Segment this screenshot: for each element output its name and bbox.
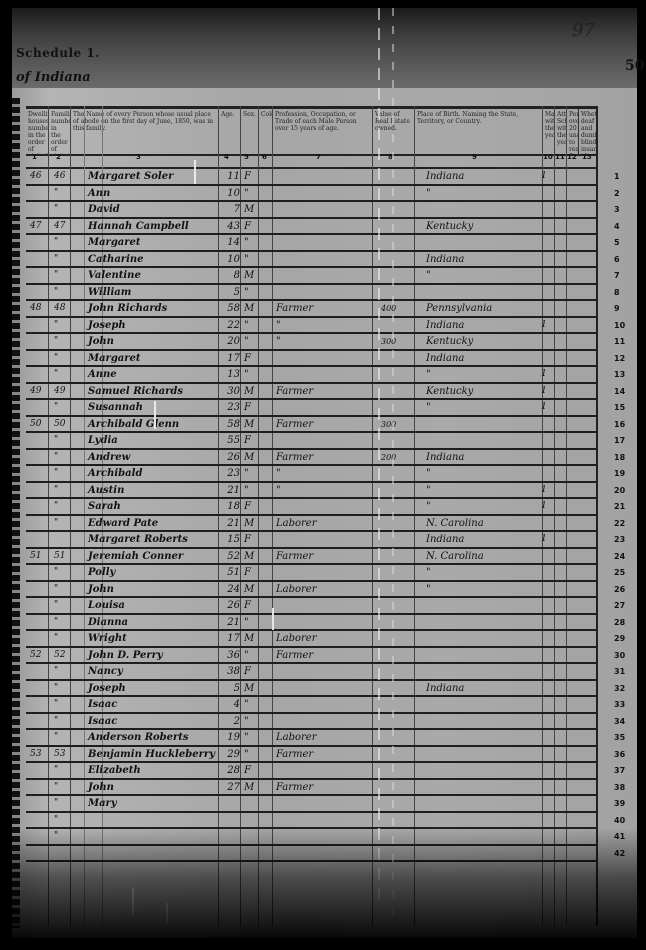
birthplace-value <box>426 598 536 613</box>
age-value: 43 <box>222 219 240 234</box>
tally-mark <box>541 714 561 729</box>
occupation-value <box>276 532 356 547</box>
tally-mark <box>541 235 561 250</box>
occupation-value <box>276 186 356 201</box>
tally-mark <box>541 697 561 712</box>
family-number: " <box>54 697 74 712</box>
tally-mark: 1 <box>541 367 561 382</box>
dwelling-number <box>30 268 50 283</box>
age-value: 55 <box>222 433 240 448</box>
family-number: " <box>54 664 74 679</box>
age-value: 58 <box>222 301 240 316</box>
age-value: 17 <box>222 351 240 366</box>
tally-mark <box>541 466 561 481</box>
sex-value: " <box>244 615 260 630</box>
tally-mark <box>541 730 561 745</box>
sex-value: " <box>244 697 260 712</box>
tally-mark: 1 <box>541 318 561 333</box>
age-value: 19 <box>222 730 240 745</box>
header-married: Married within the year. <box>542 109 554 154</box>
dwelling-number <box>30 796 50 811</box>
sex-value: F <box>244 598 260 613</box>
occupation-value: Laborer <box>276 516 356 531</box>
colnum-4: 4 <box>224 153 229 161</box>
family-number: " <box>54 582 74 597</box>
table-row: 5353Benjamin Huckleberry29"Farmer36 <box>26 747 596 764</box>
table-row: "Anderson Roberts19"Laborer35 <box>26 730 596 747</box>
occupation-value <box>276 565 356 580</box>
line-number: 27 <box>614 601 625 610</box>
family-number <box>54 846 74 861</box>
family-number: " <box>54 499 74 514</box>
sex-value: F <box>244 532 260 547</box>
dwelling-number <box>30 186 50 201</box>
table-row: "Archibald23"""19 <box>26 466 596 483</box>
occupation-value <box>276 829 356 844</box>
sex-value: " <box>244 367 260 382</box>
birthplace-value: Kentucky <box>426 219 536 234</box>
person-name: Sarah <box>88 499 220 514</box>
line-number: 32 <box>614 684 625 693</box>
occupation-value <box>276 169 356 184</box>
table-row: "Joseph5MIndiana32 <box>26 681 596 698</box>
person-name <box>88 846 220 861</box>
person-name: Wright <box>88 631 220 646</box>
sex-value: M <box>244 450 260 465</box>
line-number: 17 <box>614 436 625 445</box>
sex-value: M <box>244 202 260 217</box>
age-value: 51 <box>222 565 240 580</box>
table-row: "Joseph22""Indiana110 <box>26 318 596 335</box>
line-number: 40 <box>614 816 625 825</box>
table-row: 5151Jeremiah Conner52MFarmerN. Carolina2… <box>26 549 596 566</box>
family-number: " <box>54 796 74 811</box>
age-value: 21 <box>222 483 240 498</box>
occupation-value <box>276 235 356 250</box>
age-value <box>222 796 240 811</box>
family-number: " <box>54 615 74 630</box>
person-name: David <box>88 202 220 217</box>
sex-value: " <box>244 466 260 481</box>
birthplace-value <box>426 648 536 663</box>
colnum-1: 1 <box>32 153 37 161</box>
dwelling-number: 49 <box>30 384 50 399</box>
table-row: "Lydia55F17 <box>26 433 596 450</box>
line-number: 7 <box>614 271 620 280</box>
occupation-value: " <box>276 318 356 333</box>
occupation-value <box>276 351 356 366</box>
sex-value <box>244 796 260 811</box>
sex-value: F <box>244 565 260 580</box>
header-family: Families numbered in the order of visita… <box>48 109 70 154</box>
occupation-value <box>276 400 356 415</box>
sex-value: " <box>244 285 260 300</box>
dwelling-number <box>30 450 50 465</box>
table-row: "Austin21"""120 <box>26 483 596 500</box>
dwelling-number <box>30 351 50 366</box>
dwelling-number <box>30 730 50 745</box>
dwelling-number <box>30 532 50 547</box>
family-number: 47 <box>54 219 74 234</box>
person-name: Margaret <box>88 235 220 250</box>
birthplace-value <box>426 846 536 861</box>
family-number: 51 <box>54 549 74 564</box>
dwelling-number: 50 <box>30 417 50 432</box>
header-school: Attended School within the year. <box>554 109 566 154</box>
person-name: Margaret Roberts <box>88 532 220 547</box>
line-number: 33 <box>614 700 625 709</box>
sex-value: M <box>244 780 260 795</box>
age-value: 7 <box>222 202 240 217</box>
tally-mark <box>541 516 561 531</box>
birthplace-value: Indiana <box>426 681 536 696</box>
age-value: 11 <box>222 169 240 184</box>
tally-mark <box>541 285 561 300</box>
sex-value: M <box>244 417 260 432</box>
person-name: Louisa <box>88 598 220 613</box>
line-number: 25 <box>614 568 625 577</box>
table-row: 5252John D. Perry36"Farmer30 <box>26 648 596 665</box>
person-name: John D. Perry <box>88 648 220 663</box>
age-value: 58 <box>222 417 240 432</box>
scan-artifact <box>154 401 156 429</box>
sex-value: F <box>244 400 260 415</box>
table-row: "Sarah18F"121 <box>26 499 596 516</box>
line-number: 18 <box>614 453 625 462</box>
tally-mark: 1 <box>541 169 561 184</box>
table-row: "John24MLaborer"26 <box>26 582 596 599</box>
line-number: 26 <box>614 585 625 594</box>
dwelling-number <box>30 763 50 778</box>
sex-value <box>244 846 260 861</box>
tally-mark <box>541 664 561 679</box>
birthplace-value <box>426 730 536 745</box>
birthplace-value: " <box>426 499 536 514</box>
person-name: Benjamin Huckleberry <box>88 747 220 762</box>
birthplace-value <box>426 235 536 250</box>
dwelling-number <box>30 714 50 729</box>
family-number: " <box>54 235 74 250</box>
occupation-value <box>276 499 356 514</box>
line-number: 31 <box>614 667 625 676</box>
family-number <box>54 532 74 547</box>
age-value: 26 <box>222 450 240 465</box>
family-number: " <box>54 681 74 696</box>
header-color: Color. <box>258 109 272 154</box>
page-number: 50 <box>625 58 644 74</box>
person-name: Polly <box>88 565 220 580</box>
occupation-value <box>276 433 356 448</box>
colnum-3: 3 <box>136 153 141 161</box>
line-number: 16 <box>614 420 625 429</box>
family-number: " <box>54 433 74 448</box>
birthplace-value: Indiana <box>426 532 536 547</box>
line-number: 30 <box>614 651 625 660</box>
line-number: 28 <box>614 618 625 627</box>
person-name: Joseph <box>88 681 220 696</box>
line-number: 42 <box>614 849 625 858</box>
sex-value: F <box>244 763 260 778</box>
birthplace-value: Indiana <box>426 169 536 184</box>
colnum-10: 10 <box>543 153 553 161</box>
tally-mark <box>541 796 561 811</box>
tally-mark <box>541 202 561 217</box>
family-number: " <box>54 780 74 795</box>
colnum-13: 13 <box>582 153 592 161</box>
table-row: "Isaac2"34 <box>26 714 596 731</box>
tally-mark <box>541 648 561 663</box>
table-row: 5050Archibald Glenn58MFarmer30016 <box>26 417 596 434</box>
header-sex: Sex. <box>240 109 258 154</box>
family-number: 48 <box>54 301 74 316</box>
table-row: "Dianna21"28 <box>26 615 596 632</box>
table-row: "Ann10""2 <box>26 186 596 203</box>
tally-mark <box>541 615 561 630</box>
dwelling-number <box>30 466 50 481</box>
table-row: "Margaret17FIndiana12 <box>26 351 596 368</box>
table-row: "Valentine8M"7 <box>26 268 596 285</box>
scan-artifact <box>378 8 380 908</box>
table-row: "Edward Pate21MLaborerN. Carolina22 <box>26 516 596 533</box>
sex-value: " <box>244 747 260 762</box>
line-number: 34 <box>614 717 625 726</box>
occupation-value <box>276 846 356 861</box>
occupation-value: " <box>276 466 356 481</box>
tally-mark: 1 <box>541 483 561 498</box>
occupation-value <box>276 763 356 778</box>
birthplace-value: N. Carolina <box>426 549 536 564</box>
occupation-value: Laborer <box>276 631 356 646</box>
family-number: 50 <box>54 417 74 432</box>
family-number: " <box>54 252 74 267</box>
line-number: 22 <box>614 519 625 528</box>
sex-value: " <box>244 235 260 250</box>
real-estate-value <box>381 829 406 844</box>
family-number: " <box>54 763 74 778</box>
person-name: Jeremiah Conner <box>88 549 220 564</box>
dwelling-number <box>30 367 50 382</box>
occupation-value <box>276 681 356 696</box>
family-number: " <box>54 565 74 580</box>
dwelling-number <box>30 598 50 613</box>
scan-artifact <box>132 888 134 914</box>
age-value: 30 <box>222 384 240 399</box>
line-number: 4 <box>614 222 620 231</box>
birthplace-value: Kentucky <box>426 384 536 399</box>
line-number: 13 <box>614 370 625 379</box>
birthplace-value: " <box>426 483 536 498</box>
dwelling-number <box>30 400 50 415</box>
person-name: Archibald <box>88 466 220 481</box>
line-number: 37 <box>614 766 625 775</box>
birthplace-value <box>426 796 536 811</box>
dwelling-number <box>30 780 50 795</box>
table-row: "Polly51F"25 <box>26 565 596 582</box>
birthplace-value: " <box>426 582 536 597</box>
line-number: 1 <box>614 172 620 181</box>
occupation-value: Farmer <box>276 549 356 564</box>
occupation-value: Farmer <box>276 384 356 399</box>
birthplace-value: " <box>426 466 536 481</box>
age-value: 21 <box>222 516 240 531</box>
age-value: 5 <box>222 285 240 300</box>
family-number: " <box>54 202 74 217</box>
tally-mark <box>541 813 561 828</box>
tally-mark: 1 <box>541 384 561 399</box>
colnum-6: 6 <box>262 153 267 161</box>
person-name: John <box>88 334 220 349</box>
birthplace-value: N. Carolina <box>426 516 536 531</box>
birthplace-value <box>426 763 536 778</box>
dwelling-number <box>30 681 50 696</box>
tally-mark <box>541 334 561 349</box>
line-number: 6 <box>614 255 620 264</box>
age-value: 13 <box>222 367 240 382</box>
sex-value: " <box>244 483 260 498</box>
age-value: 24 <box>222 582 240 597</box>
sex-value: F <box>244 664 260 679</box>
birthplace-value <box>426 202 536 217</box>
occupation-value: Farmer <box>276 417 356 432</box>
table-row: Margaret Roberts15FIndiana123 <box>26 532 596 549</box>
line-number: 10 <box>614 321 625 330</box>
dwelling-number <box>30 664 50 679</box>
age-value <box>222 829 240 844</box>
family-number: " <box>54 813 74 828</box>
table-row: "Nancy38F31 <box>26 664 596 681</box>
line-number: 14 <box>614 387 625 396</box>
dwelling-number <box>30 829 50 844</box>
birthplace-value: " <box>426 400 536 415</box>
family-number: 52 <box>54 648 74 663</box>
sex-value: M <box>244 631 260 646</box>
tally-mark <box>541 433 561 448</box>
dwelling-number <box>30 499 50 514</box>
header-occupation: Profession, Occupation, or Trade of each… <box>272 109 372 154</box>
colnum-2: 2 <box>56 153 61 161</box>
dwelling-number: 47 <box>30 219 50 234</box>
tally-mark: 1 <box>541 499 561 514</box>
dwelling-number <box>30 334 50 349</box>
family-number: " <box>54 466 74 481</box>
column-header: Dwelling-houses numbered in the order of… <box>26 106 596 156</box>
age-value: 14 <box>222 235 240 250</box>
line-number: 5 <box>614 238 620 247</box>
sex-value: M <box>244 582 260 597</box>
person-name: Anne <box>88 367 220 382</box>
header-age: Age. <box>218 109 240 154</box>
family-number: " <box>54 334 74 349</box>
line-number: 41 <box>614 832 625 841</box>
age-value: 38 <box>222 664 240 679</box>
tally-mark <box>541 598 561 613</box>
age-value: 4 <box>222 697 240 712</box>
family-number: 49 <box>54 384 74 399</box>
dwelling-number <box>30 697 50 712</box>
line-number: 29 <box>614 634 625 643</box>
table-row: "Mary39 <box>26 796 596 813</box>
person-name: Hannah Campbell <box>88 219 220 234</box>
dwelling-number <box>30 516 50 531</box>
tally-mark <box>541 351 561 366</box>
sex-value <box>244 829 260 844</box>
birthplace-value <box>426 433 536 448</box>
age-value: 21 <box>222 615 240 630</box>
sex-value: F <box>244 433 260 448</box>
birthplace-value <box>426 714 536 729</box>
tally-mark <box>541 549 561 564</box>
line-number: 2 <box>614 189 620 198</box>
occupation-value: Farmer <box>276 747 356 762</box>
scan-artifact <box>194 160 196 184</box>
sex-value: M <box>244 516 260 531</box>
age-value <box>222 813 240 828</box>
dwelling-number <box>30 285 50 300</box>
birthplace-value <box>426 631 536 646</box>
occupation-value: Farmer <box>276 648 356 663</box>
occupation-value <box>276 664 356 679</box>
family-number: " <box>54 318 74 333</box>
occupation-value: Laborer <box>276 730 356 745</box>
tally-mark: 1 <box>541 400 561 415</box>
tally-mark <box>541 301 561 316</box>
person-name: Samuel Richards <box>88 384 220 399</box>
family-number: " <box>54 450 74 465</box>
tally-mark <box>541 780 561 795</box>
occupation-value: Farmer <box>276 450 356 465</box>
tally-mark <box>541 450 561 465</box>
family-number: 53 <box>54 747 74 762</box>
person-name: Ann <box>88 186 220 201</box>
person-name: Isaac <box>88 697 220 712</box>
occupation-value: Laborer <box>276 582 356 597</box>
birthplace-value: Kentucky <box>426 334 536 349</box>
family-number: " <box>54 598 74 613</box>
age-value: 17 <box>222 631 240 646</box>
table-row: "Andrew26MFarmer200Indiana18 <box>26 450 596 467</box>
header-infirmity: Whether deaf and dumb, blind, insane, id… <box>578 109 596 154</box>
table-row: "Susannah23F"115 <box>26 400 596 417</box>
birthplace-value <box>426 615 536 630</box>
birthplace-value: " <box>426 367 536 382</box>
line-number: 38 <box>614 783 625 792</box>
person-name: Andrew <box>88 450 220 465</box>
line-number: 21 <box>614 502 625 511</box>
corner-mark: 97 <box>572 20 595 41</box>
sex-value: M <box>244 268 260 283</box>
person-name: Anderson Roberts <box>88 730 220 745</box>
table-row: "David7M3 <box>26 202 596 219</box>
family-number: " <box>54 186 74 201</box>
birthplace-value: Indiana <box>426 318 536 333</box>
age-value: 29 <box>222 747 240 762</box>
census-page: 97 Schedule 1. of Indiana 50 Dwelling-ho… <box>12 8 637 938</box>
sex-value: M <box>244 384 260 399</box>
header-dwelling: Dwelling-houses numbered in the order of… <box>26 109 48 154</box>
person-name: John <box>88 780 220 795</box>
birthplace-value <box>426 829 536 844</box>
occupation-value <box>276 202 356 217</box>
birthplace-value: " <box>426 565 536 580</box>
family-number: " <box>54 829 74 844</box>
dwelling-number <box>30 582 50 597</box>
table-row: 4747Hannah Campbell43FKentucky4 <box>26 219 596 236</box>
line-number: 12 <box>614 354 625 363</box>
binding-margin <box>12 98 20 928</box>
table-row: "Louisa26F27 <box>26 598 596 615</box>
table-row: "Wright17MLaborer29 <box>26 631 596 648</box>
dwelling-number <box>30 433 50 448</box>
